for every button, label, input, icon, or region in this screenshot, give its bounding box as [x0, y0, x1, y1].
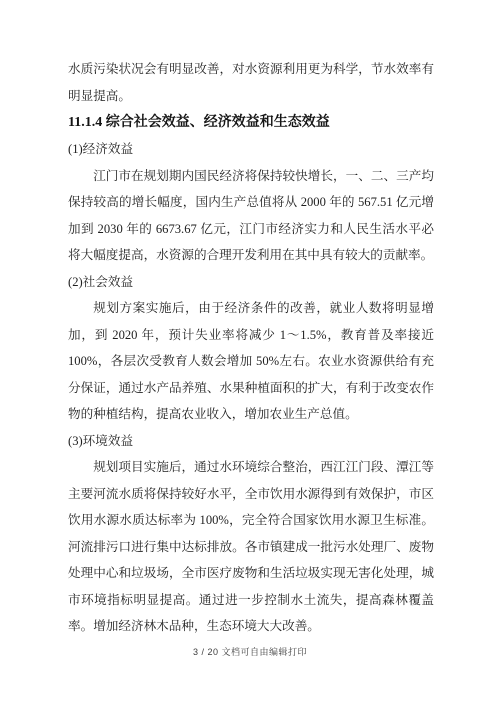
document-content: 水质污染状况会有明显改善，对水资源利用更为科学，节水效率有明显提高。 11.1.… — [68, 56, 434, 640]
page-footer: 3 / 20 文档可自由编辑打印 — [0, 645, 500, 658]
paragraph-continuation: 水质污染状况会有明显改善，对水资源利用更为科学，节水效率有明显提高。 — [68, 56, 434, 109]
subsection-label-social: (2)社会效益 — [68, 269, 434, 296]
section-heading: 11.1.4 综合社会效益、经济效益和生态效益 — [68, 109, 434, 136]
page-number-and-note: 3 / 20 文档可自由编辑打印 — [193, 647, 307, 657]
paragraph-social-benefit: 规划方案实施后，由于经济条件的改善，就业人数将明显增加，到 2020 年，预计失… — [68, 295, 434, 428]
paragraph-economic-benefit: 江门市在规划期内国民经济将保持较快增长，一、二、三产均保持较高的增长幅度，国内生… — [68, 163, 434, 269]
paragraph-environment-benefit: 规划项目实施后，通过水环境综合整治，西江江门段、潭江等主要河流水质将保持较好水平… — [68, 454, 434, 640]
subsection-label-economic: (1)经济效益 — [68, 136, 434, 163]
subsection-label-environment: (3)环境效益 — [68, 428, 434, 455]
document-page: 水质污染状况会有明显改善，对水资源利用更为科学，节水效率有明显提高。 11.1.… — [0, 0, 500, 708]
